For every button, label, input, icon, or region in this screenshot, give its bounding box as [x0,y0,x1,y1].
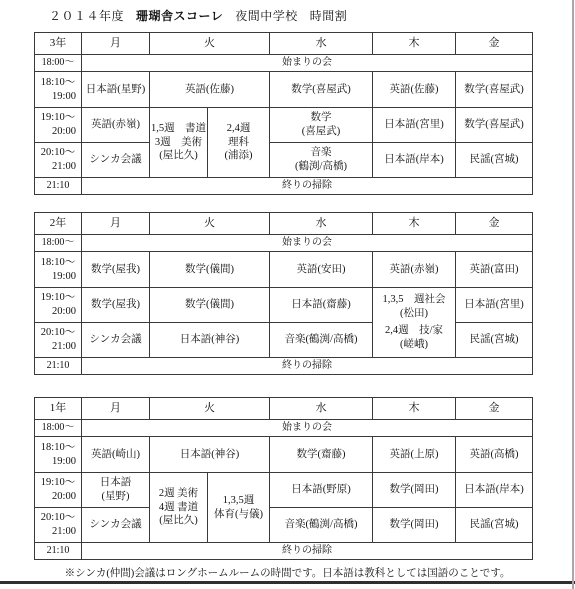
day-header-fri: 金 [456,33,533,55]
title-year: ２０１４年度 [49,9,124,23]
title-label: 時間割 [310,9,348,23]
class-cell-mon-p1: 数学(屋我) [82,252,150,288]
class-cell-fri-p2: 日本語(岸本) [456,473,533,508]
class-cell-wed-p3: 音楽 (鶴渕/高橋) [270,143,373,178]
class-cell-tue-p1: 日本語(神谷) [150,437,270,473]
class-cell-tue-p3: 日本語(神谷) [150,323,270,358]
class-cell-wed-p2: 日本語(齋藤) [270,288,373,323]
class-cell-tue-p1: 数学(儀間) [150,252,270,288]
day-header-wed: 水 [270,398,373,420]
class-cell-tue-sub-a: 2週 美術 4週 書道 (屋比久) [150,473,208,543]
day-header-wed: 水 [270,213,373,235]
day-header-fri: 金 [456,398,533,420]
grade-cell: 1年 [35,398,82,420]
opening-time-cell: 18:00〜 [35,235,82,252]
class-cell-fri-p2: 数学(喜屋武) [456,108,533,143]
title-division: 夜間中学校 [235,9,298,23]
class-cell-tue-p1: 英語(佐藤) [150,72,270,108]
closing-label-cell: 終りの掃除 [82,358,533,375]
day-header-thu: 木 [373,213,456,235]
timetable-grade3: 3年 月 火 水 木 金 18:00〜 始まりの会 18:10〜19:00 日本… [34,32,533,195]
opening-label-cell: 始まりの会 [82,55,533,72]
grade-cell: 2年 [35,213,82,235]
day-header-mon: 月 [82,33,150,55]
class-cell-tue-sub-b: 2,4週 理科 (浦添) [208,108,270,178]
period1-time-cell: 18:10〜19:00 [35,437,82,473]
opening-label-cell: 始まりの会 [82,420,533,437]
period2-time-cell: 19:10〜20:00 [35,473,82,508]
class-cell-thu-p1: 英語(佐藤) [373,72,456,108]
opening-time-cell: 18:00〜 [35,420,82,437]
title-school-name: 珊瑚舎スコーレ [136,9,223,23]
footnote: ※シンカ(仲間)会議はロングホームルームの時間です。日本語は教科としては国語のこ… [0,565,575,580]
period3-time-cell: 20:10〜21:00 [35,143,82,178]
day-header-tue: 火 [150,398,270,420]
closing-label-cell: 終りの掃除 [82,543,533,560]
class-cell-thu-sub: 1,3,5 週社会 (松田) 2,4週 技/家 (嵯峨) [373,288,456,358]
page-title: ２０１４年度珊瑚舎スコーレ夜間中学校時間割 [49,7,347,24]
class-cell-wed-p2: 日本語(野原) [270,473,373,508]
class-cell-mon-p3: シンカ会議 [82,143,150,178]
class-cell-wed-p1: 数学(齋藤) [270,437,373,473]
grade-cell: 3年 [35,33,82,55]
class-cell-thu-p3: 数学(岡田) [373,508,456,543]
closing-time-cell: 21:10 [35,358,82,375]
timetable-grade1: 1年 月 火 水 木 金 18:00〜 始まりの会 18:10〜19:00 英語… [34,397,533,560]
day-header-thu: 木 [373,33,456,55]
window-right-edge [572,0,574,589]
class-cell-fri-p3: 民謡(宮城) [456,508,533,543]
class-cell-tue-sub-a: 1,5週 書道 3週 美術 (屋比久) [150,108,208,178]
class-cell-thu-p1: 英語(上原) [373,437,456,473]
day-header-tue: 火 [150,33,270,55]
timetable-grade2: 2年 月 火 水 木 金 18:00〜 始まりの会 18:10〜19:00 数学… [34,212,533,375]
day-header-fri: 金 [456,213,533,235]
period3-time-cell: 20:10〜21:00 [35,508,82,543]
class-cell-thu-p2: 数学(岡田) [373,473,456,508]
period2-time-cell: 19:10〜20:00 [35,288,82,323]
class-cell-fri-p3: 民謡(宮城) [456,143,533,178]
class-cell-thu-p2: 日本語(宮里) [373,108,456,143]
day-header-wed: 水 [270,33,373,55]
day-header-mon: 月 [82,398,150,420]
class-cell-thu-p1: 英語(赤嶺) [373,252,456,288]
class-cell-mon-p2: 英語(赤嶺) [82,108,150,143]
class-cell-wed-p3: 音楽(鶴渕/高橋) [270,323,373,358]
class-cell-fri-p1: 英語(富田) [456,252,533,288]
class-cell-mon-p2: 日本語 (星野) [82,473,150,508]
class-cell-mon-p3: シンカ会議 [82,508,150,543]
class-cell-mon-p2: 数学(屋我) [82,288,150,323]
day-header-tue: 火 [150,213,270,235]
period1-time-cell: 18:10〜19:00 [35,72,82,108]
closing-time-cell: 21:10 [35,543,82,560]
class-cell-wed-p3: 音楽(鶴渕/高橋) [270,508,373,543]
class-cell-fri-p3: 民謡(宮城) [456,323,533,358]
closing-label-cell: 終りの掃除 [82,178,533,195]
class-cell-mon-p1: 英語(崎山) [82,437,150,473]
opening-time-cell: 18:00〜 [35,55,82,72]
period3-time-cell: 20:10〜21:00 [35,323,82,358]
class-cell-fri-p1: 数学(喜屋武) [456,72,533,108]
class-cell-mon-p3: シンカ会議 [82,323,150,358]
class-cell-wed-p1: 数学(喜屋武) [270,72,373,108]
class-cell-mon-p1: 日本語(星野) [82,72,150,108]
period1-time-cell: 18:10〜19:00 [35,252,82,288]
class-cell-wed-p2: 数学 (喜屋武) [270,108,373,143]
closing-time-cell: 21:10 [35,178,82,195]
class-cell-fri-p2: 日本語(宮里) [456,288,533,323]
class-cell-fri-p1: 英語(高橋) [456,437,533,473]
opening-label-cell: 始まりの会 [82,235,533,252]
class-cell-tue-sub-b: 1,3,5週 体育(与儀) [208,473,270,543]
day-header-thu: 木 [373,398,456,420]
period2-time-cell: 19:10〜20:00 [35,108,82,143]
class-cell-wed-p1: 英語(安田) [270,252,373,288]
window-bottom-edge [0,581,575,584]
class-cell-tue-p2: 数学(儀間) [150,288,270,323]
day-header-mon: 月 [82,213,150,235]
class-cell-thu-p3: 日本語(岸本) [373,143,456,178]
